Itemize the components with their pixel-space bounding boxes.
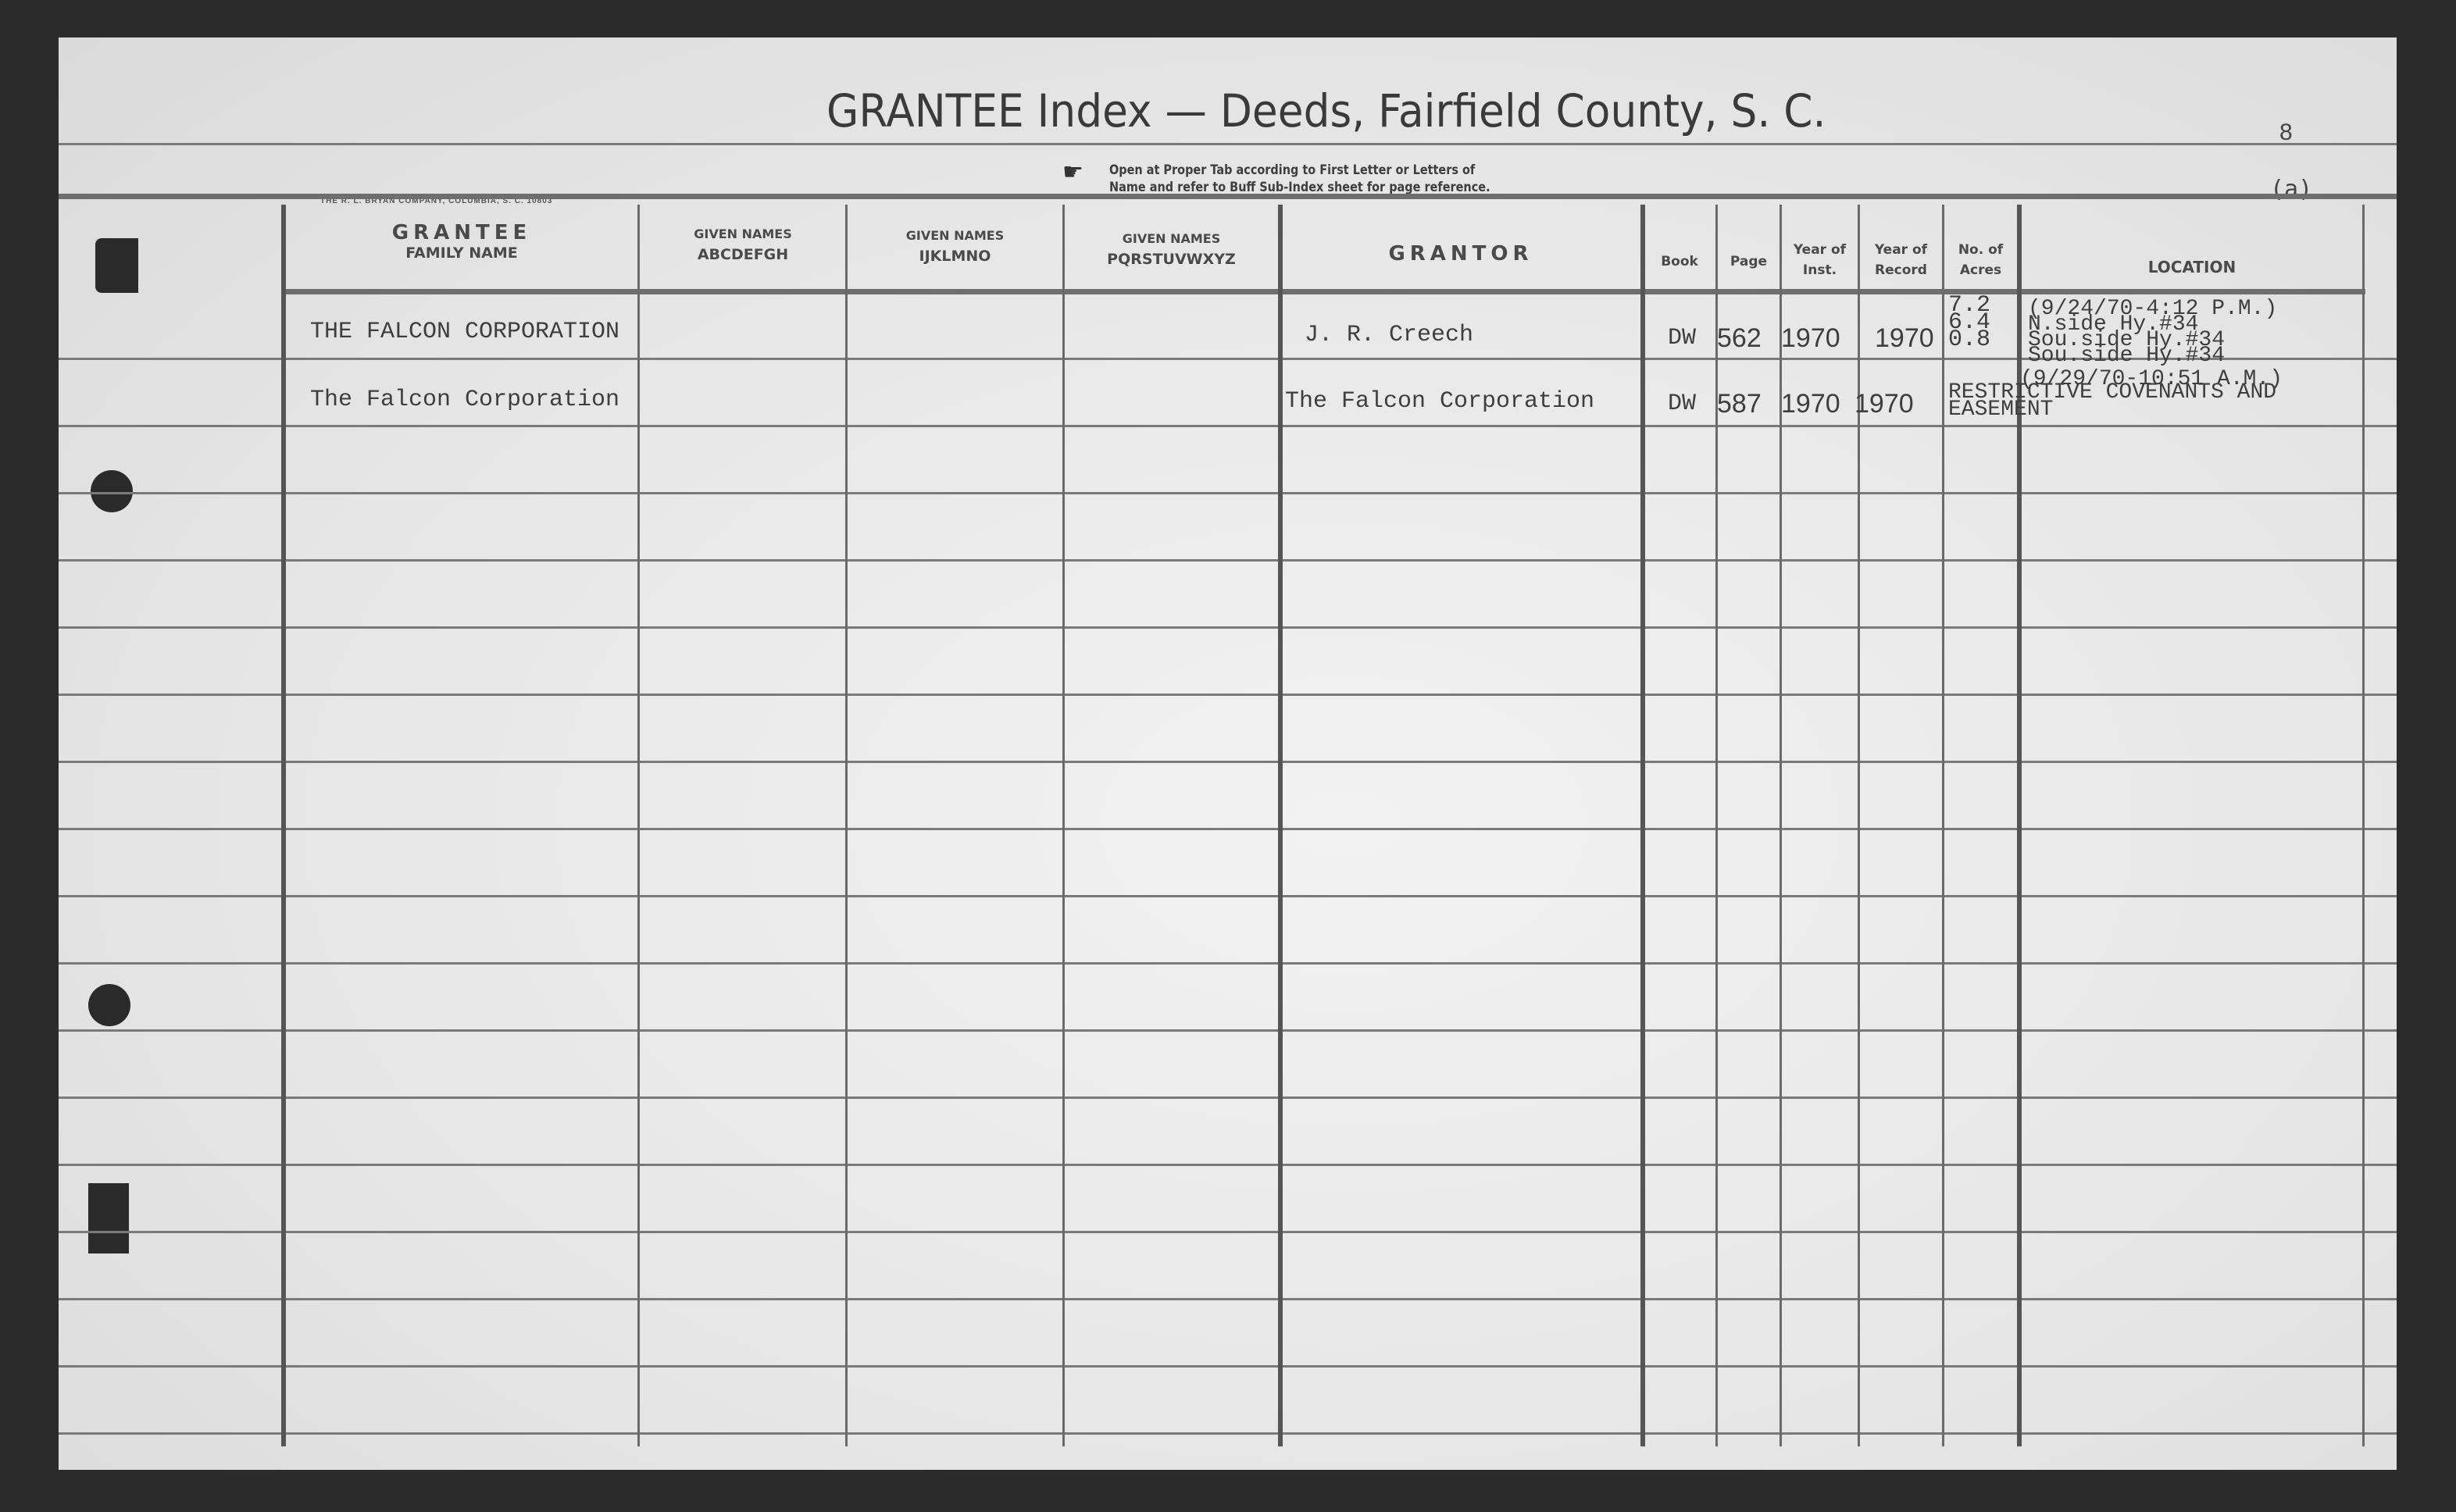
row-rule: [59, 626, 2397, 629]
row1-location: (9/24/70-4:12 P.M.) N.side Hy.#34 Sou.si…: [2028, 301, 2277, 364]
row-rule: [59, 1432, 2397, 1435]
header-label: GIVEN NAMES: [848, 228, 1062, 243]
row2-grantee: The Falcon Corporation: [310, 387, 619, 413]
header-label: IJKLMNO: [848, 248, 1062, 265]
row2-year-record: 1970: [1854, 389, 1914, 419]
header-grantee: GRANTEE FAMILY NAME: [284, 221, 640, 262]
row1-page: 562: [1717, 323, 1762, 354]
row2-grantor: The Falcon Corporation: [1285, 388, 1594, 415]
col-line: [845, 205, 848, 1446]
row-rule: [59, 492, 2397, 494]
row1-book: DW: [1668, 325, 1696, 351]
header-label: Page: [1730, 254, 1767, 269]
header-label: PQRSTUVWXYZ: [1065, 251, 1278, 268]
header-page: Page: [1718, 254, 1780, 269]
header-label: GIVEN NAMES: [1065, 231, 1278, 246]
header-given-pqrstuvwxyz: GIVEN NAMES PQRSTUVWXYZ: [1065, 231, 1278, 268]
binder-hole-rect-bottom: [88, 1183, 129, 1253]
row-rule: [59, 1097, 2397, 1099]
header-location: LOCATION: [2022, 258, 2362, 276]
row-rule: [59, 1298, 2397, 1300]
header-given-ijklmno: GIVEN NAMES IJKLMNO: [848, 228, 1062, 265]
row-rule: [59, 962, 2397, 965]
acres-value: 0.8: [1948, 331, 1990, 348]
col-line: [2362, 205, 2365, 1446]
row1-grantee: THE FALCON CORPORATION: [310, 319, 619, 345]
col-line: [1278, 205, 1283, 1446]
page-number: 8: [2279, 119, 2293, 146]
header-label: Acres: [1944, 260, 2017, 280]
row-rule: [59, 1365, 2397, 1368]
binder-hole-circle: [91, 470, 133, 512]
row-rule: [59, 1164, 2397, 1166]
row-rule: [59, 425, 2397, 427]
col-line: [1942, 205, 1944, 1446]
rule: [59, 194, 2397, 199]
row-rule: [59, 828, 2397, 830]
instructions: Open at Proper Tab according to First Le…: [1109, 162, 1490, 196]
instruction-line: Open at Proper Tab according to First Le…: [1109, 162, 1490, 179]
row2-book: DW: [1668, 390, 1696, 417]
row-rule: [59, 895, 2397, 897]
row-rule: [59, 559, 2397, 562]
pointing-hand-icon: ☛: [1062, 159, 1083, 186]
row1-acres: 7.2 6.4 0.8: [1948, 297, 1990, 348]
row2-year-inst: 1970: [1781, 389, 1840, 419]
col-line: [637, 205, 640, 1446]
row2-page: 587: [1717, 389, 1762, 419]
header-label: Inst.: [1782, 260, 1858, 280]
row-rule: [59, 1029, 2397, 1032]
col-line: [1062, 205, 1065, 1446]
header-book: Book: [1644, 254, 1715, 269]
binder-hole-rect-top: [95, 238, 138, 293]
header-label: ABCDEFGH: [641, 246, 845, 263]
header-label: No. of: [1944, 240, 2017, 260]
header-label: LOCATION: [2148, 258, 2236, 276]
row1-year-inst: 1970: [1781, 323, 1840, 354]
row1-year-record: 1970: [1875, 323, 1934, 354]
header-label: Year of: [1782, 240, 1858, 260]
row2-location: RESTRICTIVE COVENANTS AND EASEMENT: [1948, 384, 2276, 419]
header-label: Book: [1661, 254, 1698, 269]
row-rule: [59, 761, 2397, 763]
rule: [59, 143, 2397, 145]
header-bottom-rule: [284, 289, 2365, 294]
header-grantee-title: GRANTEE: [284, 221, 640, 244]
header-year-inst: Year of Inst.: [1782, 240, 1858, 280]
header-grantor: GRANTOR: [1281, 242, 1640, 266]
row1-grantor: J. R. Creech: [1305, 322, 1473, 348]
binder-hole-circle: [88, 984, 130, 1026]
header-label: GIVEN NAMES: [641, 226, 845, 241]
col-line: [281, 205, 286, 1446]
header-label: Year of: [1860, 240, 1942, 260]
location-line: Sou.side Hy.#34: [2028, 348, 2277, 364]
header-grantee-sub: FAMILY NAME: [284, 244, 640, 262]
header-acres: No. of Acres: [1944, 240, 2017, 280]
col-line: [1640, 205, 1645, 1446]
header-label: Record: [1860, 260, 1942, 280]
header-label: GRANTOR: [1388, 242, 1533, 266]
row-rule: [59, 1231, 2397, 1233]
page-title: GRANTEE Index — Deeds, Fairfield County,…: [826, 84, 1826, 137]
header-given-abcdefgh: GIVEN NAMES ABCDEFGH: [641, 226, 845, 263]
row-rule: [59, 694, 2397, 696]
header-year-record: Year of Record: [1860, 240, 1942, 280]
